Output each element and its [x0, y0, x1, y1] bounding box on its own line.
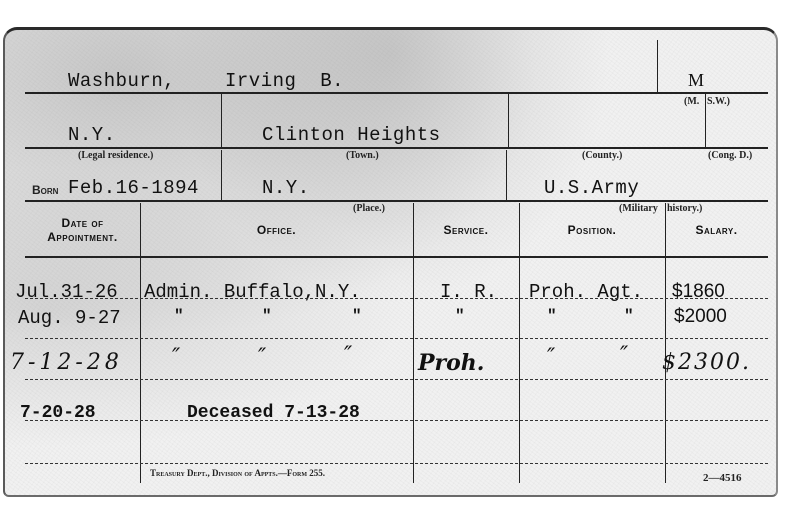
row1-date: Jul.31-26 — [15, 281, 118, 303]
row3-salary: $2300. — [662, 350, 751, 375]
military-history: U.S.Army — [544, 177, 639, 199]
row3-office-ditto-3: ″ — [344, 343, 352, 368]
row2-office-ditto-2: " — [262, 307, 272, 325]
marital-caption-sw: S.W.) — [707, 96, 730, 107]
row3-office-ditto-2: ″ — [258, 345, 266, 370]
town: Clinton Heights — [262, 124, 441, 146]
header-date-line2: Appointment. — [25, 230, 140, 244]
name-rule — [25, 92, 768, 94]
place-caption: (Place.) — [353, 203, 385, 214]
row1-rule — [25, 298, 768, 299]
born-label: Born — [32, 183, 58, 197]
military-history-caption-left: (Military — [619, 203, 658, 214]
row2-rule — [25, 338, 768, 339]
birth-place: N.Y. — [262, 177, 310, 199]
row3-position-ditto-2: ″ — [620, 343, 628, 368]
row2-position-ditto-2: " — [624, 307, 634, 325]
legal-residence: N.Y. — [68, 124, 116, 146]
form-label: Treasury Dept., Division of Appts.—Form … — [150, 468, 325, 478]
marital-divider — [657, 40, 658, 92]
card-number: 2—4516 — [703, 472, 742, 484]
header-office: Office. — [140, 223, 413, 237]
born-place-divider — [221, 150, 222, 200]
header-service: Service. — [413, 223, 519, 237]
row3-service: Proh. — [418, 350, 484, 376]
row3-rule — [25, 379, 768, 380]
col-divider-service-position — [519, 203, 520, 483]
row1-service: I. R. — [440, 281, 497, 303]
col-divider-date-office — [140, 203, 141, 483]
header-date-line1: Date of — [25, 216, 140, 230]
town-caption: (Town.) — [346, 150, 379, 161]
header-date-of-appointment: Date of Appointment. — [25, 216, 140, 244]
marital-status: M — [688, 70, 705, 91]
residence-rule — [25, 147, 768, 149]
born-date: Feb.16-1894 — [68, 177, 199, 199]
row1-office: Admin. Buffalo,N.Y. — [144, 281, 361, 303]
county-caption: (County.) — [582, 150, 622, 161]
surname: Washburn, — [68, 70, 175, 92]
row3-date: 7-12-28 — [10, 350, 123, 375]
row1-position: Proh. Agt. — [529, 281, 643, 303]
residence-town-divider — [221, 94, 222, 147]
military-history-caption-right: history.) — [667, 203, 702, 214]
row2-position-ditto-1: " — [547, 307, 557, 325]
row1-salary: $1860 — [672, 281, 725, 303]
legal-residence-caption: (Legal residence.) — [78, 150, 153, 161]
marital-caption-m: (M. — [684, 96, 699, 107]
given-name: Irving B. — [225, 70, 344, 92]
row3-office-ditto-1: ″ — [172, 345, 180, 370]
row2-salary: $2000 — [674, 306, 727, 328]
place-military-divider — [506, 150, 507, 200]
row4-rule — [25, 420, 768, 421]
cong-district-caption: (Cong. D.) — [708, 150, 752, 161]
header-position: Position. — [519, 223, 665, 237]
header-salary: Salary. — [665, 223, 768, 237]
row5-rule — [25, 463, 768, 464]
row2-service-ditto: " — [455, 307, 465, 325]
col-divider-office-service — [413, 203, 414, 483]
born-rule — [25, 200, 768, 202]
county-congd-divider — [705, 94, 706, 147]
appointment-record-card — [3, 27, 778, 497]
military-caption-divider — [665, 203, 666, 215]
row2-date: Aug. 9-27 — [18, 307, 121, 329]
header-rule — [25, 256, 768, 258]
town-county-divider — [508, 94, 509, 147]
row2-office-ditto-3: " — [352, 307, 362, 325]
row3-position-ditto-1: ″ — [547, 345, 555, 370]
row2-office-ditto-1: " — [174, 307, 184, 325]
